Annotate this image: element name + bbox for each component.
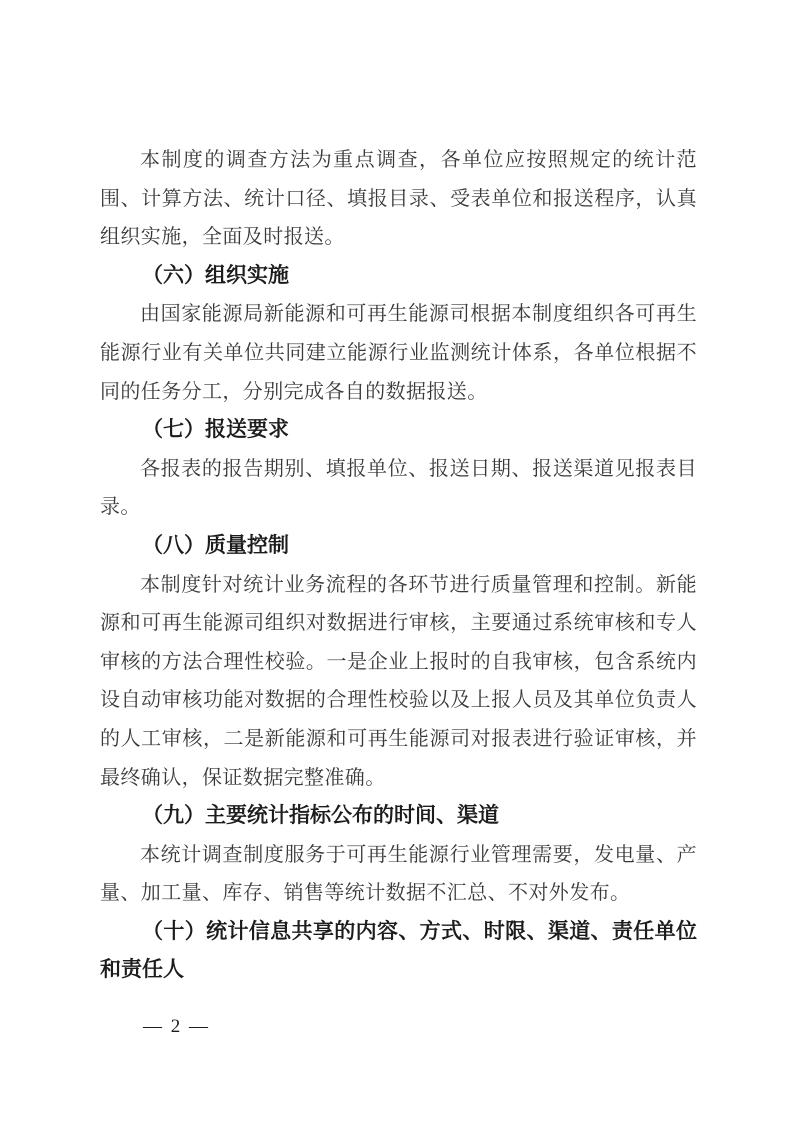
heading-section-10-information-sharing: （十）统计信息共享的内容、方式、时限、渠道、责任单位和责任人 — [100, 913, 697, 990]
paragraph-reporting-requirements: 各报表的报告期别、填报单位、报送日期、报送渠道见报表目录。 — [100, 450, 697, 527]
paragraph-quality-control: 本制度针对统计业务流程的各环节进行质量管理和控制。新能源和可再生能源司组织对数据… — [100, 566, 697, 798]
paragraph-survey-method: 本制度的调查方法为重点调查，各单位应按照规定的统计范围、计算方法、统计口径、填报… — [100, 141, 697, 257]
document-page: 本制度的调查方法为重点调查，各单位应按照规定的统计范围、计算方法、统计口径、填报… — [0, 0, 793, 1122]
paragraph-publication-policy: 本统计调查制度服务于可再生能源行业管理需要，发电量、产量、加工量、库存、销售等统… — [100, 836, 697, 913]
paragraph-organization-implementation: 由国家能源局新能源和可再生能源司根据本制度组织各可再生能源行业有关单位共同建立能… — [100, 295, 697, 411]
heading-section-9-publication-time-channel: （九）主要统计指标公布的时间、渠道 — [100, 797, 697, 836]
page-number: — 2 — — [143, 1012, 697, 1042]
heading-section-6-organization: （六）组织实施 — [100, 257, 697, 296]
heading-section-7-reporting-requirements: （七）报送要求 — [100, 411, 697, 450]
heading-section-8-quality-control: （八）质量控制 — [100, 527, 697, 566]
